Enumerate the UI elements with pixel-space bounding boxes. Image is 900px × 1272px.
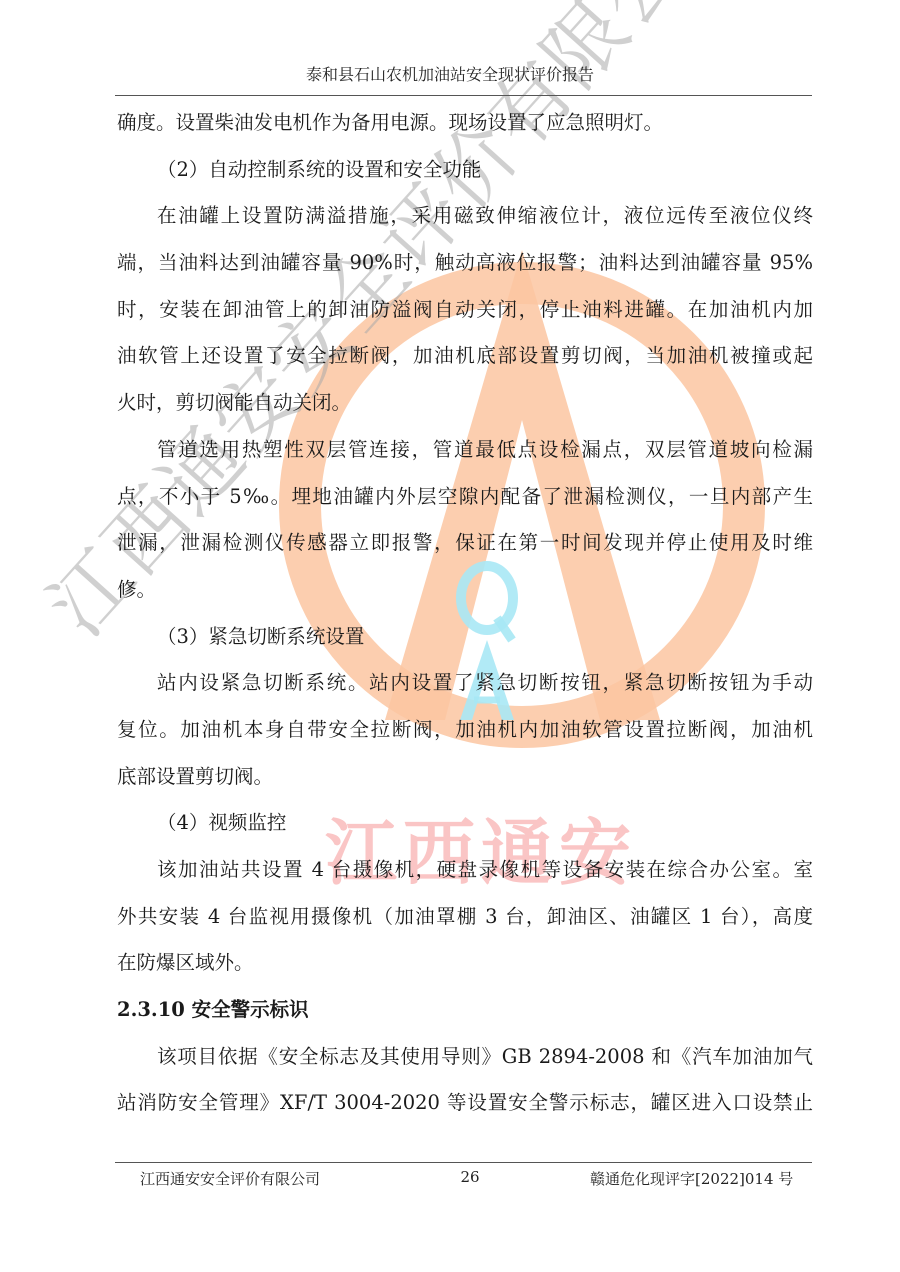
running-header: 泰和县石山农机加油站安全现状评价报告	[0, 62, 900, 85]
paragraph-line: 站内设紧急切断系统。站内设置了紧急切断按钮，紧急切断按钮为手动	[117, 660, 813, 707]
paragraph-line: 确度。设置柴油发电机作为备用电源。现场设置了应急照明灯。	[117, 100, 813, 147]
paragraph-line: 在油罐上设置防满溢措施，采用磁致伸缩液位计，液位远传至液位仪终	[117, 193, 813, 240]
footer-divider	[115, 1162, 812, 1163]
paragraph-line: 在防爆区域外。	[117, 940, 813, 987]
paragraph-line: 修。	[117, 567, 813, 614]
paragraph-line: 该项目依据《安全标志及其使用导则》GB 2894-2008 和《汽车加油加气	[117, 1034, 813, 1081]
paragraph-line: 火时，剪切阀能自动关闭。	[117, 380, 813, 427]
paragraph-line: 外共安装 4 台监视用摄像机（加油罩棚 3 台，卸油区、油罐区 1 台），高度	[117, 894, 813, 941]
subsection-heading: （4）视频监控	[117, 800, 813, 847]
paragraph-line: 端，当油料达到油罐容量 90%时，触动高液位报警；油料达到油罐容量 95%	[117, 240, 813, 287]
paragraph-line: 点，不小于 5‰。埋地油罐内外层空隙内配备了泄漏检测仪，一旦内部产生	[117, 474, 813, 521]
paragraph-line: 复位。加油机本身自带安全拉断阀，加油机内加油软管设置拉断阀，加油机	[117, 707, 813, 754]
paragraph-line: 时，安装在卸油管上的卸油防溢阀自动关闭，停止油料进罐。在加油机内加	[117, 287, 813, 334]
footer-company: 江西通安安全评价有限公司	[140, 1168, 320, 1189]
subsection-heading: （2）自动控制系统的设置和安全功能	[117, 147, 813, 194]
paragraph-line: 泄漏，泄漏检测仪传感器立即报警，保证在第一时间发现并停止使用及时维	[117, 520, 813, 567]
header-divider	[115, 95, 812, 96]
document-body: 确度。设置柴油发电机作为备用电源。现场设置了应急照明灯。 （2）自动控制系统的设…	[117, 100, 813, 1127]
section-heading: 2.3.10 安全警示标识	[117, 987, 813, 1034]
document-page: 江西通安安全评价有限公司 江西通安 泰和县石山农机加油站安全现状评价报告 确度。…	[0, 0, 900, 1272]
paragraph-line: 底部设置剪切阀。	[117, 754, 813, 801]
subsection-heading: （3）紧急切断系统设置	[117, 614, 813, 661]
page-number: 26	[440, 1168, 500, 1186]
footer-doc-number: 赣通危化现评字[2022]014 号	[590, 1168, 793, 1189]
paragraph-line: 该加油站共设置 4 台摄像机，硬盘录像机等设备安装在综合办公室。室	[117, 847, 813, 894]
paragraph-line: 管道选用热塑性双层管连接，管道最低点设检漏点，双层管道坡向检漏	[117, 427, 813, 474]
paragraph-line: 站消防安全管理》XF/T 3004-2020 等设置安全警示标志，罐区进入口设禁…	[117, 1080, 813, 1127]
paragraph-line: 油软管上还设置了安全拉断阀，加油机底部设置剪切阀，当加油机被撞或起	[117, 333, 813, 380]
